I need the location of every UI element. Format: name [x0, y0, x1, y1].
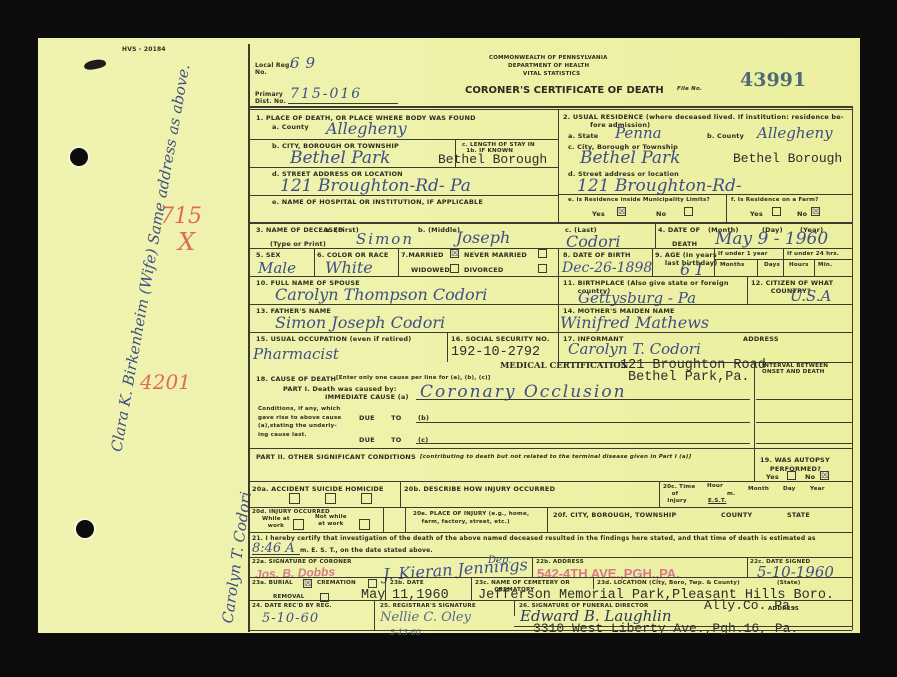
funeral-address-value: 3310 West Liberty Ave.,Pgh.16, Pa. — [533, 621, 798, 636]
not-while-work-checkbox[interactable] — [359, 519, 370, 530]
cause-instructions: [Enter only one cause per line for (a), … — [336, 375, 491, 381]
cause-a-line — [416, 399, 750, 400]
rule — [249, 507, 852, 508]
time-of-injury-label: 20c. Time of Injury — [663, 484, 695, 505]
under-1-year-label: If under 1 year — [718, 251, 768, 257]
autopsy-no-checkbox[interactable]: ☒ — [820, 471, 829, 480]
coroner-signature-label: 22a. SIGNATURE OF CORONER — [252, 559, 352, 565]
cause-b-line — [416, 422, 750, 423]
pod-hospital-label: e. NAME OF HOSPITAL OR INSTITUTION, IF A… — [272, 198, 483, 206]
cremation-checkbox[interactable] — [368, 579, 377, 588]
rule — [593, 577, 594, 589]
header-rule-thin — [248, 109, 853, 110]
injury-county-label: COUNTY — [721, 511, 752, 519]
occupation-value: Pharmacist — [253, 345, 339, 363]
m-label: m. — [727, 491, 735, 497]
rule — [447, 332, 448, 362]
rule — [249, 448, 852, 449]
rule — [659, 481, 660, 507]
cause-of-death-label: 18. CAUSE OF DEATH — [256, 375, 336, 383]
rule — [383, 507, 384, 532]
married-label: 7.MARRIED — [401, 251, 444, 259]
rule — [514, 600, 515, 616]
suicide-checkbox[interactable] — [325, 493, 336, 504]
medical-heading: MEDICAL CERTIFICATION — [500, 361, 628, 371]
burial-checkbox[interactable]: ☒ — [303, 579, 312, 588]
rule — [249, 532, 852, 533]
not-while-work-label: Not whileat work — [315, 514, 347, 528]
ur-farm-label: f. Is Residence on a Farm? — [731, 197, 819, 203]
father-value: Simon Joseph Codori — [275, 313, 445, 332]
autopsy-no-label: No — [805, 473, 815, 481]
due-to-b-label: DUE TO (b) — [359, 414, 429, 422]
divorced-label: DIVORCED — [464, 266, 503, 274]
rule — [783, 248, 784, 276]
dod-label: 4. DATE OF — [658, 226, 700, 234]
disposition-date-label: 23b. DATE — [390, 580, 424, 586]
never-married-label: NEVER MARRIED — [464, 251, 527, 259]
rule — [547, 507, 548, 532]
months-label: Months — [720, 262, 745, 268]
date-of-death-value: May 9 - 1960 — [715, 229, 828, 249]
cremation-label: CREMATION — [317, 580, 356, 586]
rule — [249, 276, 852, 277]
certification-text: 21. I hereby certify that investigation … — [252, 535, 816, 542]
widowed-label: WIDOWED — [411, 266, 450, 274]
race-value: White — [325, 258, 373, 277]
pod-city-hand: Bethel Park — [290, 148, 390, 168]
coroner-address-stamp: 542-4TH AVE.,PGH.,PA. — [537, 566, 680, 581]
rule — [754, 362, 755, 448]
mother-value: Winifred Mathews — [560, 313, 709, 332]
ur-state-value: Penna — [615, 124, 662, 142]
injury-city-label: 20f. CITY, BOROUGH, TOWNSHIP — [553, 511, 677, 519]
dep-note: Dep. — [488, 555, 512, 566]
burial-label: 23a. BURIAL — [252, 580, 293, 586]
divorced-checkbox[interactable] — [538, 264, 547, 273]
pod-county-value: Allegheny — [326, 119, 407, 138]
hours-label: Hours — [789, 262, 809, 268]
cause-c-line — [416, 443, 750, 444]
rule — [249, 481, 852, 482]
occupation-label: 15. USUAL OCCUPATION (even if retired) — [256, 335, 411, 343]
rule — [726, 194, 727, 223]
file-number: 43991 — [740, 69, 806, 91]
min-label: Min. — [818, 262, 832, 268]
informant-address-label: ADDRESS — [743, 335, 779, 343]
ur-inside-yes-label: Yes — [592, 210, 605, 218]
sex-value: Male — [258, 259, 296, 277]
funeral-address-label: ADDRESS — [768, 606, 799, 612]
est-label: E.S.T. — [708, 498, 726, 504]
rule — [814, 259, 815, 276]
rule — [655, 223, 656, 248]
type-or-print-label: (Type or Print) — [270, 240, 326, 248]
certification-time-suffix: m. E. S. T., on the date stated above. — [300, 547, 433, 554]
rule — [249, 332, 852, 333]
rule — [532, 557, 533, 577]
accident-label: 20a. ACCIDENT SUICIDE HOMICIDE — [252, 485, 384, 493]
rule — [249, 248, 852, 249]
rule — [714, 259, 852, 260]
rule — [374, 600, 375, 630]
injury-year-label: Year — [810, 486, 825, 492]
autopsy-yes-checkbox[interactable] — [787, 471, 796, 480]
days-label: Days — [764, 262, 780, 268]
rule — [249, 167, 558, 168]
rule — [314, 248, 315, 276]
rule — [400, 481, 401, 507]
part2-instructions: [contributing to death but not related t… — [420, 454, 691, 460]
rule — [558, 248, 559, 333]
ur-farm-no-checkbox[interactable]: ☒ — [811, 207, 820, 216]
rule — [249, 630, 852, 631]
rule — [747, 557, 748, 577]
dod-label-2: DEATH — [672, 240, 697, 248]
col-divider-1-2 — [558, 110, 559, 223]
ur-inside-limits-label: e. Is Residence inside Municipality Limi… — [568, 197, 710, 203]
file-no-label: File No. — [677, 86, 702, 92]
ssn-label: 16. SOCIAL SECURITY NO. — [451, 335, 550, 343]
time-underline — [252, 554, 300, 555]
conditions-label: Conditions, if any, whichgave rise to ab… — [258, 405, 341, 439]
sex-label: 5. SEX — [256, 251, 281, 259]
rule — [558, 194, 852, 195]
punch-hole-bottom — [76, 520, 94, 538]
spouse-value: Carolyn Thompson Codori — [275, 285, 487, 304]
coroner-stamp: Jos. B. Dobbs — [255, 565, 335, 582]
rule — [405, 507, 406, 532]
rule — [249, 304, 852, 305]
interval-b-line — [756, 422, 852, 423]
injury-month-label: Month — [748, 486, 769, 492]
injury-state-label: STATE — [787, 511, 810, 519]
date-recd-value: 5-10-60 — [262, 611, 319, 626]
margin-red-number-bottom: 4201 — [140, 370, 191, 394]
rule — [249, 577, 852, 578]
ssn-value: 192-10-2792 — [451, 345, 540, 360]
first-name-label: a. (First) — [325, 226, 359, 234]
header-rule — [248, 106, 853, 108]
informant-address-2: Bethel Park,Pa. — [628, 370, 750, 385]
part1-label: PART I. Death was caused by: — [283, 385, 397, 393]
ur-inside-yes-checkbox[interactable]: ☒ — [617, 207, 626, 216]
rule — [249, 195, 558, 196]
ur-county-label: b. County — [707, 132, 744, 140]
interval-label: INTERVAL BETWEENONSET AND DEATH — [762, 363, 828, 375]
local-reg-label: Local Reg.No. — [255, 62, 292, 76]
rule — [249, 600, 852, 601]
rule — [249, 557, 852, 558]
rule — [558, 332, 559, 362]
rule — [249, 139, 558, 140]
date-signed-value: 5-10-1960 — [757, 563, 834, 581]
section-rule — [248, 222, 853, 224]
rule — [714, 248, 715, 276]
primary-dist-value: 715-016 — [290, 86, 362, 102]
describe-injury-label: 20b. DESCRIBE HOW INJURY OCCURRED — [404, 485, 555, 493]
rule — [385, 577, 386, 600]
ur-farm-yes-checkbox[interactable] — [772, 207, 781, 216]
ur-inside-no-label: No — [656, 210, 666, 218]
hour-label: Hour — [707, 483, 723, 489]
coroner-address-label: 22b. ADDRESS — [536, 559, 584, 565]
while-at-work-checkbox[interactable] — [293, 519, 304, 530]
registrar-signature: Nellie C. Oley — [380, 610, 471, 625]
rule — [471, 577, 472, 600]
middle-name-label: b. (Middle) — [418, 226, 460, 234]
pod-county-label: a. County — [272, 123, 309, 131]
accident-checkbox[interactable] — [289, 493, 300, 504]
ur-county-value: Allegheny — [757, 124, 833, 142]
informant-value: Carolyn T. Codori — [568, 340, 701, 358]
homicide-checkbox[interactable] — [361, 493, 372, 504]
rule — [652, 248, 653, 276]
punch-hole-top — [70, 148, 88, 166]
rule — [757, 259, 758, 276]
form-right-border — [852, 106, 853, 630]
dob-value: Dec-26-1898 — [562, 260, 652, 276]
local-reg-value: 69 — [290, 54, 321, 72]
never-married-checkbox[interactable] — [538, 249, 547, 258]
ur-state-label: a. State — [568, 132, 598, 140]
widowed-checkbox[interactable] — [450, 264, 459, 273]
rule — [747, 276, 748, 304]
interval-a-line — [756, 399, 852, 400]
dob-label: 8. DATE OF BIRTH — [563, 251, 631, 259]
place-of-injury-label: 20e. PLACE OF INJURY (e.g., home, farm, … — [413, 511, 529, 526]
form-code: HVS - 20184 — [122, 46, 166, 53]
first-name-value: Simon — [356, 230, 414, 248]
ur-inside-no-checkbox[interactable] — [684, 207, 693, 216]
middle-name-value: Joseph — [456, 228, 510, 247]
location-state-label: (State) — [777, 580, 800, 586]
ur-farm-no-label: No — [797, 210, 807, 218]
header-line-3: VITAL STATISTICS — [523, 71, 580, 77]
primary-dist-underline — [288, 103, 398, 104]
margin-red-x: X — [178, 228, 195, 256]
ur-city-hand: Bethel Park — [580, 148, 680, 168]
married-checkbox[interactable]: ☒ — [450, 249, 459, 258]
rule — [754, 448, 755, 481]
under-24-hrs-label: If under 24 hrs. — [787, 251, 839, 257]
ur-farm-yes-label: Yes — [750, 210, 763, 218]
location-label: 23d. LOCATION (City, Boro, Twp. & County… — [597, 580, 740, 586]
pod-street-value: 121 Broughton-Rd- Pa — [280, 176, 471, 196]
registrar-label: 25. REGISTRAR'S SIGNATURE — [380, 603, 476, 609]
form-left-border — [248, 44, 250, 632]
citizen-value: U.S.A — [790, 287, 831, 305]
header-line-1: COMMONWEALTH OF PENNSYLVANIA — [489, 55, 608, 61]
immediate-cause-label: IMMEDIATE CAUSE (a) — [325, 393, 409, 401]
autopsy-yes-label: Yes — [766, 473, 779, 481]
pod-city-typed: Bethel Borough — [438, 152, 547, 167]
date-recd-label: 24. DATE REC'D BY REG. — [252, 603, 332, 609]
primary-dist-label: PrimaryDist. No. — [255, 91, 286, 105]
certificate-title: CORONER'S CERTIFICATE OF DEATH — [465, 85, 664, 96]
while-at-work-label: While atwork — [262, 516, 290, 530]
rule — [398, 248, 399, 276]
interval-c-line — [756, 443, 852, 444]
ur-street-value: 121 Broughton-Rd- — [577, 176, 742, 196]
part2-label: PART II. OTHER SIGNIFICANT CONDITIONS — [256, 453, 416, 461]
header-line-2: DEPARTMENT OF HEALTH — [508, 63, 589, 69]
injury-day-label: Day — [783, 486, 796, 492]
ur-city-typed: Bethel Borough — [733, 151, 842, 166]
